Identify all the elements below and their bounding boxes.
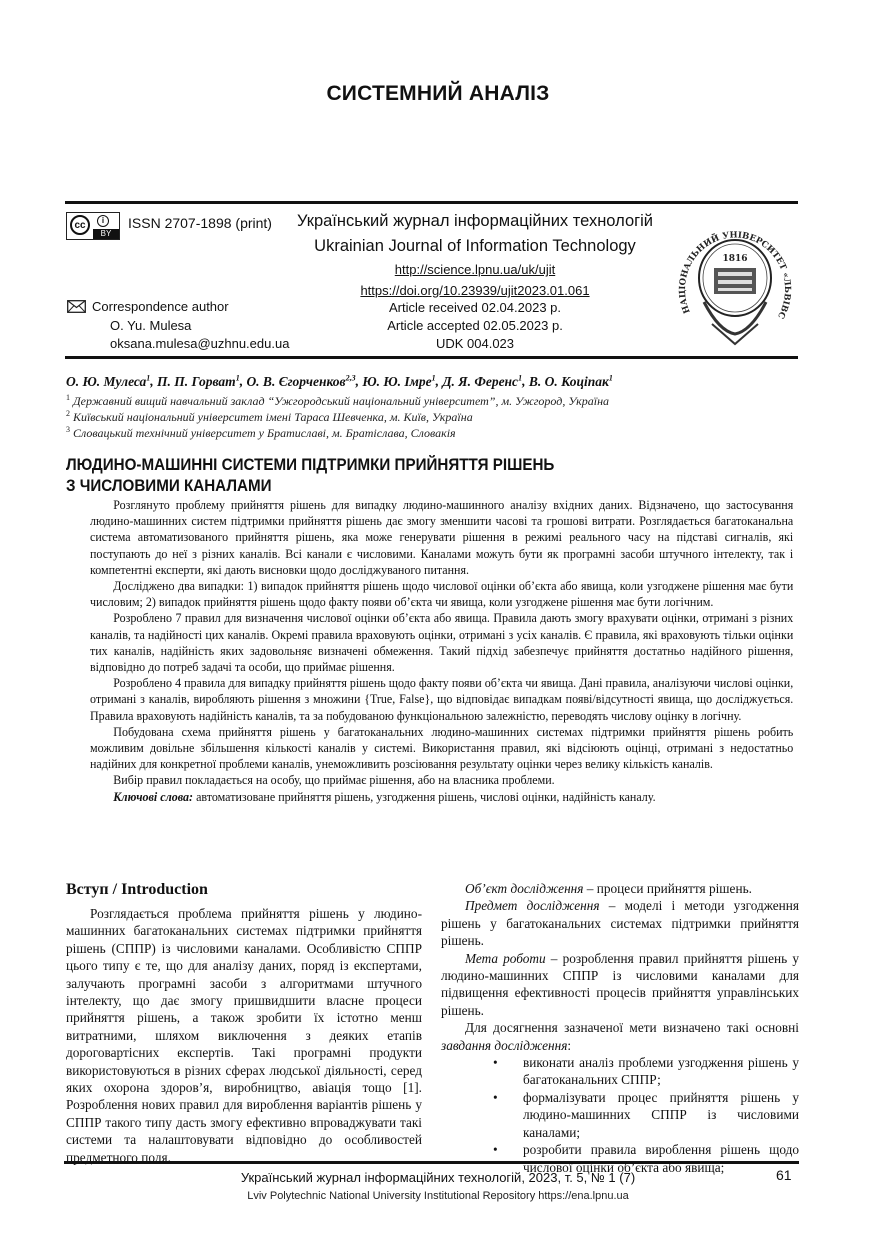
author: О. В. Єгорченков2,3 — [246, 374, 355, 389]
correspondence-name: O. Yu. Mulesa — [110, 318, 191, 333]
university-seal-icon: НАЦІОНАЛЬНИЙ УНІВЕРСИТЕТ «ЛЬВІВСЬКА ПОЛІ… — [674, 206, 796, 354]
journal-name-en: Ukrainian Journal of Information Technol… — [290, 237, 660, 256]
cc-by-icon: cc i BY — [66, 212, 120, 240]
section-heading: СИСТЕМНИЙ АНАЛІЗ — [0, 82, 876, 106]
task-item: виконати аналіз проблеми узгодження ріше… — [523, 1054, 799, 1089]
journal-name-ua: Український журнал інформаційних техноло… — [290, 212, 660, 231]
person-icon: i — [97, 215, 109, 227]
abstract-paragraph: Розроблено 4 правила для випадку прийнят… — [90, 675, 793, 724]
keywords-label: Ключові слова: — [113, 790, 193, 804]
doi-link[interactable]: https://doi.org/10.23939/ujit2023.01.061 — [360, 283, 589, 298]
footer-rule — [64, 1161, 799, 1164]
header-top-rule — [65, 201, 798, 204]
author: П. П. Горват1 — [157, 374, 240, 389]
keywords-text: автоматизоване прийняття рішень, узгодже… — [196, 790, 656, 804]
author: О. Ю. Мулеса1 — [66, 374, 150, 389]
accepted-date: Article accepted 02.05.2023 р. — [330, 318, 620, 333]
by-label: BY — [93, 229, 119, 239]
intro-left-column: Вступ / Introduction Розглядається пробл… — [66, 880, 422, 1166]
issn: ISSN 2707-1898 (print) — [128, 215, 272, 231]
intro-paragraph: Розглядається проблема прийняття рішень … — [66, 905, 422, 1166]
footer-repository: Lviv Polytechnic National University Ins… — [0, 1190, 876, 1202]
abstract-paragraph: Досліджено два випадки: 1) випадок прийн… — [90, 578, 793, 610]
svg-text:1816: 1816 — [722, 254, 747, 264]
envelope-icon — [67, 300, 86, 313]
abstract-paragraph: Розглянуто проблему прийняття рішень для… — [90, 497, 793, 578]
cc-circle: cc — [70, 215, 90, 235]
footer-journal-citation: Український журнал інформаційних техноло… — [0, 1170, 876, 1185]
intro-heading: Вступ / Introduction — [66, 880, 422, 900]
keywords: Ключові слова: автоматизоване прийняття … — [90, 789, 793, 805]
affiliation: 1 Державний вищий навчальний заклад “Ужг… — [66, 393, 609, 409]
paper-title: ЛЮДИНО-МАШИННІ СИСТЕМИ ПІДТРИМКИ ПРИЙНЯТ… — [66, 455, 710, 497]
journal-url-link[interactable]: http://science.lpnu.ua/uk/ujit — [395, 262, 555, 277]
udk: UDK 004.023 — [330, 336, 620, 351]
intro-right-column: Об’єкт дослідження – процеси прийняття р… — [441, 880, 799, 1176]
abstract-paragraph: Розроблено 7 правил для визначення число… — [90, 610, 793, 675]
correspondence-label: Correspondence author — [67, 299, 229, 314]
header-bottom-rule — [65, 356, 798, 359]
research-subject: Предмет дослідження – моделі і методи уз… — [441, 897, 799, 949]
received-date: Article received 02.04.2023 р. — [330, 300, 620, 315]
task-list: виконати аналіз проблеми узгодження ріше… — [441, 1054, 799, 1176]
correspondence-label-text: Correspondence author — [92, 299, 229, 314]
affiliation: 3 Словацький технічний університет у Бра… — [66, 425, 456, 441]
author-list: О. Ю. Мулеса1, П. П. Горват1, О. В. Єгор… — [66, 373, 613, 390]
page-number: 61 — [776, 1167, 792, 1183]
author: В. О. Коціпак1 — [529, 374, 613, 389]
author: Ю. Ю. Імре1 — [362, 374, 435, 389]
affiliation: 2 Київський національний університет іме… — [66, 409, 473, 425]
abstract-paragraph: Вибір правил покладається на особу, що п… — [90, 772, 793, 788]
correspondence-email[interactable]: oksana.mulesa@uzhnu.edu.ua — [110, 336, 289, 351]
research-goal: Мета роботи – розроблення правил прийнят… — [441, 950, 799, 1020]
research-object: Об’єкт дослідження – процеси прийняття р… — [441, 880, 799, 897]
task-item: формалізувати процес прийняття рішень у … — [523, 1089, 799, 1141]
tasks-intro: Для досягнення зазначеної мети визначено… — [441, 1019, 799, 1054]
abstract-paragraph: Побудована схема прийняття рішень у бага… — [90, 724, 793, 773]
author: Д. Я. Ференс1 — [442, 374, 522, 389]
abstract: Розглянуто проблему прийняття рішень для… — [90, 497, 793, 805]
